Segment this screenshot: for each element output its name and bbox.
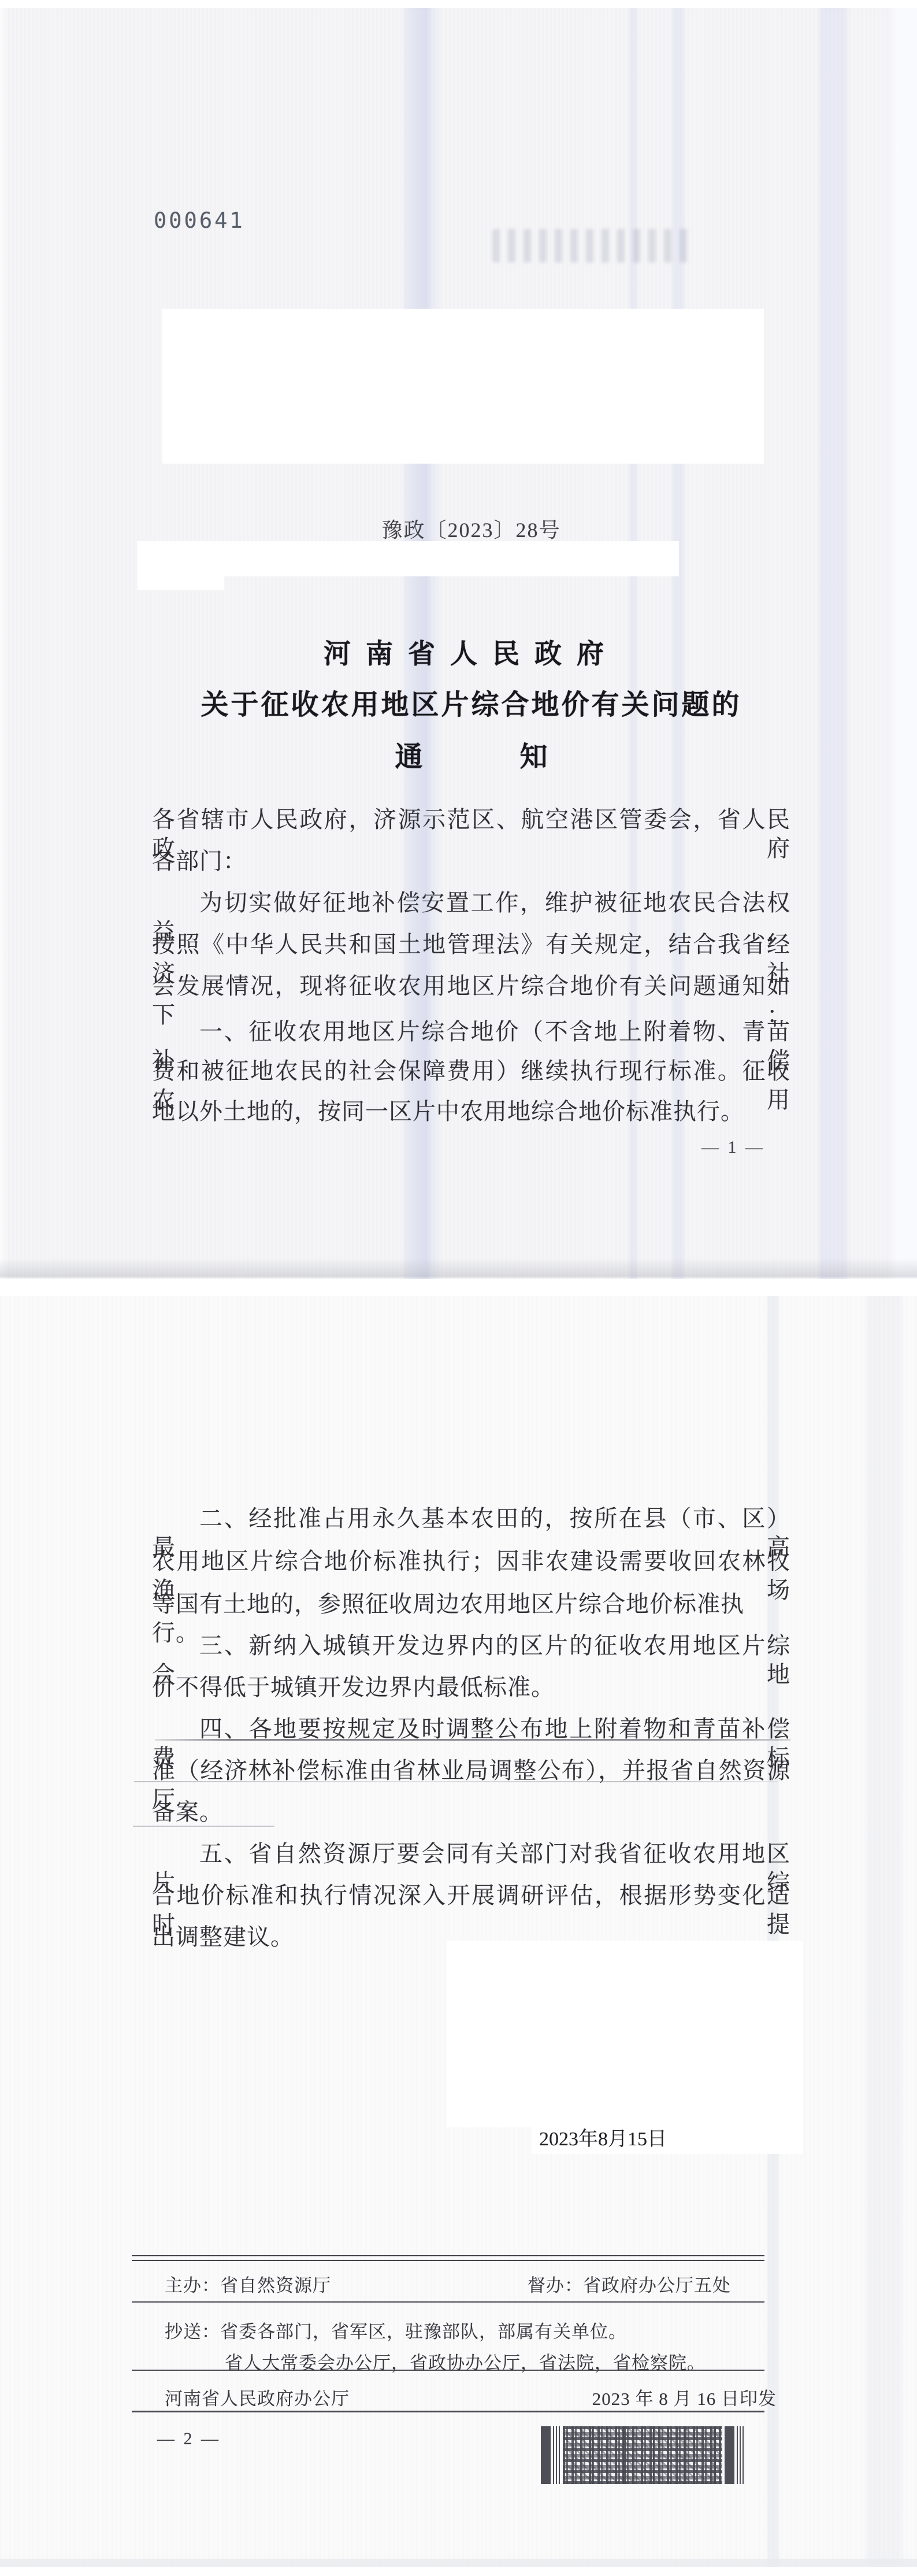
scan-artifact-line (134, 1781, 778, 1782)
bleedthrough-ghost-text (492, 229, 690, 262)
title-organization: 河南省人民政府 (152, 632, 790, 671)
body-line: 各部门： (152, 847, 790, 878)
body-line: 按照《中华人民共和国土地管理法》有关规定，结合我省经济社 (152, 930, 790, 961)
serial-number: 000641 (154, 208, 245, 233)
scan-artifact-line (155, 1739, 790, 1741)
barcode-right-lines (737, 2426, 744, 2484)
body-line: 三、新纳入城镇开发边界内的区片的征收农用地区片综合地 (152, 1631, 790, 1663)
page2-bottom-edge (0, 2559, 917, 2567)
footer-double-rule (132, 2255, 764, 2261)
footer-cc-line1: 抄送：省委各部门，省军区，驻豫部队，部属有关单位。 (165, 2317, 627, 2343)
page1-bottom-edge (0, 1258, 917, 1279)
scanned-document: 000641 豫政〔2023〕28号 河南省人民政府 关于征收农用地区片综合地价… (0, 0, 917, 2576)
page-number-1: — 1 — (701, 1138, 765, 1157)
body-line: 二、经批准占用永久基本农田的，按所在县（市、区）最高 (152, 1504, 790, 1535)
barcode-right-bar (725, 2426, 734, 2484)
footer-rule (132, 2370, 764, 2371)
document-barcode (541, 2426, 744, 2484)
body-line: 为切实做好征地补偿安置工作，维护被征地农民合法权益， (152, 889, 790, 920)
scan-artifact-line (133, 1826, 274, 1827)
footer-issuer: 河南省人民政府办公厅 (165, 2384, 350, 2410)
body-line: 费和被征地农民的社会保障费用）继续执行现行标准。征收农用 (152, 1057, 790, 1088)
body-line: 会发展情况，现将征收农用地区片综合地价有关问题通知如下： (152, 972, 790, 1003)
body-line: 一、征收农用地区片综合地价（不含地上附着物、青苗补偿 (152, 1017, 790, 1049)
body-line: 等国有土地的，参照征收周边农用地区片综合地价标准执行。 (152, 1590, 790, 1621)
body-line: 地以外土地的，按同一区片中农用地综合地价标准执行。 (152, 1097, 790, 1128)
body-line: 价不得低于城镇开发边界内最低标准。 (152, 1673, 790, 1704)
issue-date: 2023年8月15日 (539, 2123, 667, 2151)
redaction-seal-area (447, 1941, 803, 2127)
footer-sponsor: 主办：省自然资源厅 (165, 2271, 331, 2297)
body-line: 准（经济林补偿标准由省林业局调整公布），并报省自然资源厅 (152, 1756, 790, 1787)
barcode-matrix (563, 2426, 722, 2484)
body-line: 合地价标准和执行情况深入开展调研评估，根据形势变化适时提 (152, 1881, 790, 1912)
barcode-left-lines (553, 2426, 560, 2484)
doc-number: 豫政〔2023〕28号 (152, 514, 790, 543)
title-notice-type: 通 知 (152, 734, 790, 774)
footer-supervisor: 督办：省政府办公厅五处 (528, 2271, 731, 2297)
body-line: 各省辖市人民政府，济源示范区、航空港区管委会，省人民政府 (152, 805, 790, 837)
footer-print-date: 2023 年 8 月 16 日印发 (592, 2384, 777, 2410)
redaction-bar-notch (138, 576, 224, 590)
notice-type-char-left: 通 (395, 734, 422, 774)
title-subject: 关于征收农用地区片综合地价有关问题的 (152, 682, 790, 722)
body-line: 农用地区片综合地价标准执行；因非农建设需要收回农林牧渔场 (152, 1547, 790, 1578)
body-line: 五、省自然资源厅要会同有关部门对我省征收农用地区片综 (152, 1840, 790, 1871)
body-line: 四、各地要按规定及时调整公布地上附着物和青苗补偿费标 (152, 1715, 790, 1746)
barcode-left-bar (541, 2426, 551, 2484)
redaction-bar (138, 541, 679, 576)
notice-type-char-right: 知 (520, 734, 548, 774)
page-number-2: — 2 — (157, 2429, 221, 2449)
footer-rule (132, 2301, 764, 2303)
redaction-letterhead (162, 309, 764, 464)
footer-rule (132, 2411, 764, 2412)
body-line: 备案。 (152, 1798, 790, 1829)
